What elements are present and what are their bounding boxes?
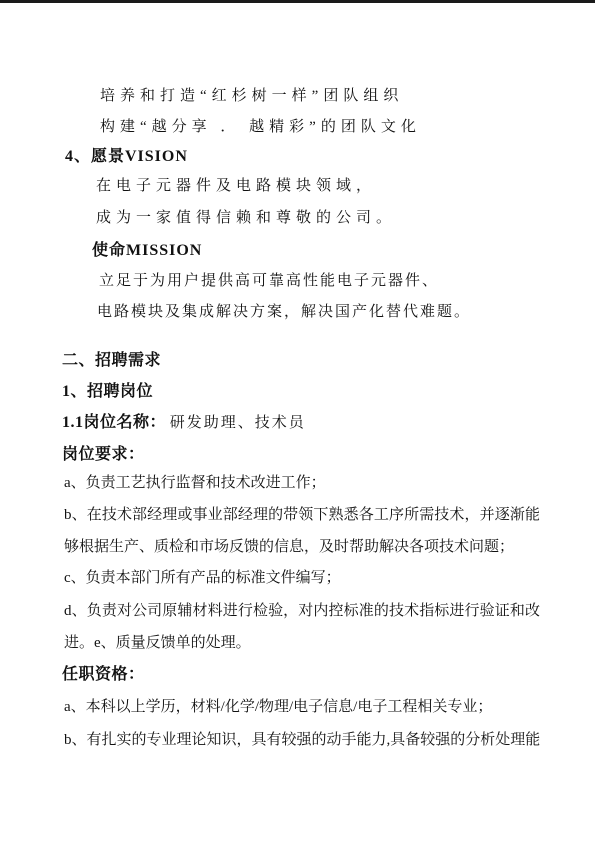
- mission-line-1: 立足于为用户提供高可靠高性能电子元器件、: [99, 269, 439, 293]
- vision-line-2: 成为一家值得信赖和尊敬的公司。: [96, 206, 396, 230]
- document-page: 培养和打造“红杉树一样”团队组织 构建“越分享 ． 越精彩”的团队文化 4、愿景…: [0, 0, 595, 841]
- requirement-item-c: c、负责本部门所有产品的标准文件编写；: [64, 566, 341, 590]
- page-top-border: [0, 0, 595, 3]
- job-requirements-heading: 岗位要求：: [62, 443, 145, 467]
- team-culture-line-1: 培养和打造“红杉树一样”团队组织: [100, 84, 403, 108]
- vision-line-1: 在电子元器件及电路模块领域，: [96, 174, 376, 198]
- recruitment-section-heading: 二、招聘需求: [62, 349, 161, 373]
- recruitment-subsection-heading: 1、招聘岗位: [62, 380, 153, 404]
- position-name-label: 1.1岗位名称：: [62, 414, 166, 431]
- mission-heading: 使命MISSION: [92, 239, 202, 263]
- mission-line-2: 电路模块及集成解决方案，解决国产化替代难题。: [97, 300, 471, 324]
- vision-heading: 4、愿景VISION: [65, 145, 188, 169]
- qualification-item-b: b、有扎实的专业理论知识，具有较强的动手能力,具备较强的分析处理能: [64, 728, 540, 752]
- requirement-item-a: a、负责工艺执行监督和技术改进工作；: [64, 471, 326, 495]
- team-culture-line-2: 构建“越分享 ． 越精彩”的团队文化: [100, 115, 421, 139]
- position-name-value: 研发助理、技术员: [170, 415, 306, 431]
- position-name-line: 1.1岗位名称： 研发助理、技术员: [62, 411, 306, 435]
- requirement-item-d: d、负责对公司原辅材料进行检验，对内控标准的技术指标进行验证和改进。e、质量反馈…: [64, 595, 540, 659]
- qualifications-heading: 任职资格：: [62, 663, 145, 687]
- requirement-item-b: b、在技术部经理或事业部经理的带领下熟悉各工序所需技术，并逐渐能够根据生产、质检…: [64, 499, 540, 563]
- qualification-item-a: a、本科以上学历，材料/化学/物理/电子信息/电子工程相关专业；: [64, 695, 492, 719]
